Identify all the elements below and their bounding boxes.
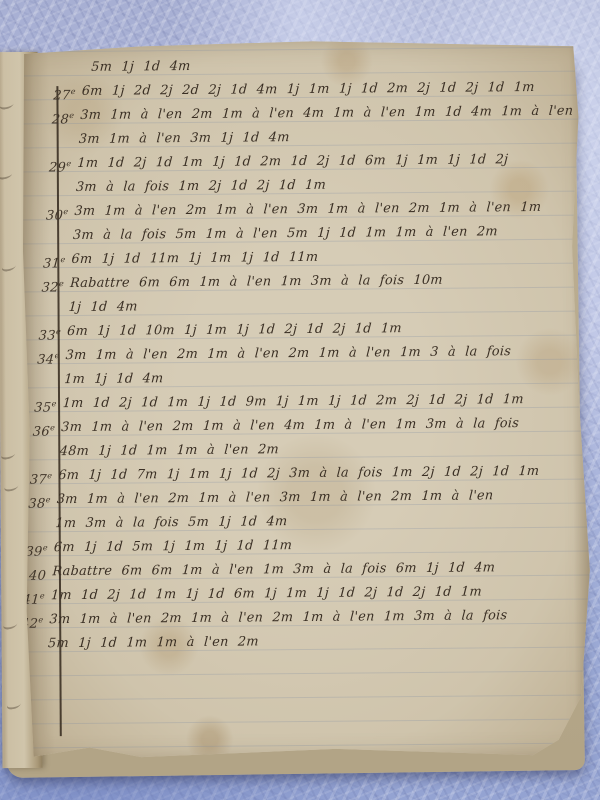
row-number-ordinal: e [60, 255, 66, 264]
row-number-ordinal: e [46, 495, 52, 504]
entry-lines: 3m 1m à l'en 2m 1m à l'en 4m 1m à l'en 1… [59, 412, 570, 464]
row-number: 28e [39, 104, 75, 133]
manuscript-page: 5m 1j 1d 4m 27e 6m 1j 2d 2j 2d 2j 1d 4m … [15, 38, 593, 763]
entry-lines: 3m 1m à l'en 2m 1m à l'en 3m 1m à l'en 2… [55, 484, 566, 536]
row-number-ordinal: e [69, 111, 75, 120]
row-number: 32e [29, 272, 65, 301]
entry-lines: 1m 1d 2j 1d 1m 1j 1d 2m 1d 2j 1d 6m 1j 1… [75, 148, 586, 200]
row-number-value: 34 [37, 353, 55, 368]
ghost-ink-mark [2, 619, 19, 631]
ghost-ink-mark [0, 449, 17, 461]
row-number-ordinal: e [56, 327, 62, 336]
ghost-ink-mark [1, 261, 18, 273]
entry-row: 36e 3m 1m à l'en 2m 1m à l'en 4m 1m à l'… [59, 412, 570, 464]
manuscript-photo: 5m 1j 1d 4m 27e 6m 1j 2d 2j 2d 2j 1d 4m … [0, 0, 600, 800]
ghost-ink-mark [0, 99, 15, 111]
row-number-value: 29 [48, 160, 66, 175]
row-number: 29e [36, 152, 72, 181]
entry-lines: 3m 1m à l'en 2m 1m à l'en 4m 1m à l'en 1… [78, 100, 589, 152]
entry-row: 29e 1m 1d 2j 1d 1m 1j 1d 2m 1d 2j 1d 6m … [75, 148, 586, 200]
ghost-ink-mark [3, 481, 20, 493]
row-number-ordinal: e [50, 423, 56, 432]
row-number: 34e [25, 344, 61, 373]
entry-lines: 3m 1m à l'en 2m 1m à l'en 3m 1m à l'en 2… [72, 196, 583, 248]
row-number-ordinal: e [47, 471, 53, 480]
row-number-value: 30 [46, 208, 64, 223]
entry-lines: Rabattre 6m 6m 1m à l'en 1m 3m à la fois… [68, 268, 579, 320]
handwritten-content: 5m 1j 1d 4m 27e 6m 1j 2d 2j 2d 2j 1d 4m … [47, 51, 592, 656]
row-number-value: 36 [32, 425, 50, 440]
ghost-ink-mark [6, 699, 23, 711]
row-number-value: 32 [41, 280, 59, 295]
row-number-ordinal: e [38, 615, 44, 624]
pattern-entries: 27e 6m 1j 2d 2j 2d 2j 1d 4m 1j 1m 1j 1d … [47, 75, 590, 656]
row-number-ordinal: e [63, 207, 69, 216]
row-number-value: 27 [53, 88, 71, 103]
row-number-ordinal: e [59, 279, 65, 288]
row-number-value: 33 [38, 328, 56, 343]
row-number-value: 35 [34, 401, 52, 416]
entry-line: 5m 1j 1d 1m 1m à l'en 2m [47, 628, 549, 656]
row-number-ordinal: e [66, 159, 72, 168]
entry-row: 32e Rabattre 6m 6m 1m à l'en 1m 3m à la … [68, 268, 579, 320]
row-number-ordinal: e [70, 87, 76, 96]
row-number-ordinal: e [51, 399, 57, 408]
row-number: 30e [33, 200, 69, 229]
row-number-ordinal: e [40, 591, 46, 600]
entry-row: 28e 3m 1m à l'en 2m 1m à l'en 4m 1m à l'… [78, 100, 589, 152]
entry-lines: 3m 1m à l'en 2m 1m à l'en 2m 1m à l'en 1… [63, 340, 574, 392]
entry-lines: 3m 1m à l'en 2m 1m à l'en 2m 1m à l'en 1… [47, 604, 558, 656]
entry-row: 34e 3m 1m à l'en 2m 1m à l'en 2m 1m à l'… [63, 340, 574, 392]
entry-row: 38e 3m 1m à l'en 2m 1m à l'en 3m 1m à l'… [55, 484, 566, 536]
row-number-ordinal: e [54, 351, 60, 360]
row-number-value: 37 [29, 473, 47, 488]
row-number-value: 40 [29, 569, 47, 584]
entry-row: 42e 3m 1m à l'en 2m 1m à l'en 2m 1m à l'… [47, 604, 558, 656]
entry-row: 30e 3m 1m à l'en 2m 1m à l'en 3m 1m à l'… [72, 196, 583, 248]
row-number-value: 28 [51, 112, 69, 127]
row-number-value: 31 [43, 256, 61, 271]
row-number-ordinal: e [43, 543, 49, 552]
ghost-ink-mark [0, 169, 14, 181]
row-number-value: 38 [28, 497, 46, 512]
